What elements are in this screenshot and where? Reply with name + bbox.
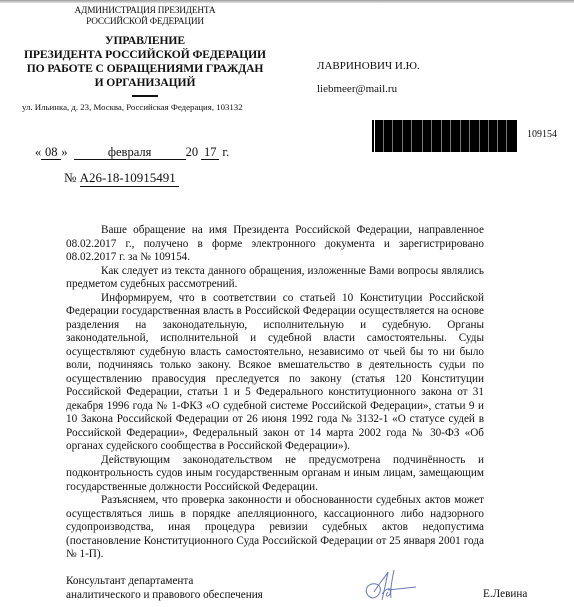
- administration-line-1: АДМИНИСТРАЦИЯ ПРЕЗИДЕНТА: [20, 6, 270, 17]
- letterhead: АДМИНИСТРАЦИЯ ПРЕЗИДЕНТА РОССИЙСКОЙ ФЕДЕ…: [20, 6, 270, 97]
- signatory-position-line-2: аналитического и правового обеспечения: [66, 588, 263, 602]
- page-top-shadow: [0, 0, 574, 3]
- signatory-position-line-1: Консультант департамента: [66, 574, 263, 588]
- date-day: 08: [41, 145, 61, 160]
- date-close-quote: »: [61, 145, 67, 159]
- signature-icon: [358, 568, 418, 604]
- body-paragraph: Как следует из текста данного обращения,…: [66, 265, 484, 292]
- letterhead-address: ул. Ильинка, д. 23, Москва, Российская Ф…: [22, 102, 243, 112]
- outgoing-number-value: А26-18-10915491: [80, 170, 179, 187]
- outgoing-number: № А26-18-10915491: [64, 170, 179, 187]
- letterhead-divider: [132, 95, 158, 97]
- date-suffix: г.: [222, 145, 229, 159]
- administration-line-2: РОССИЙСКОЙ ФЕДЕРАЦИИ: [20, 17, 270, 28]
- date-month: февраля: [74, 145, 186, 160]
- number-sign: №: [64, 170, 76, 185]
- signatory-position: Консультант департамента аналитического …: [66, 574, 263, 602]
- letter-date: «08» февраля20 17 г.: [35, 145, 229, 160]
- department-line-2: ПРЕЗИДЕНТА РОССИЙСКОЙ ФЕДЕРАЦИИ: [20, 48, 270, 62]
- date-century: 20: [186, 145, 199, 159]
- body-paragraph: Информируем, что в соответствии со стать…: [66, 292, 484, 454]
- barcode-number: 109154: [527, 129, 557, 140]
- signer-name: Е.Левина: [483, 588, 527, 600]
- department-line-3: ПО РАБОТЕ С ОБРАЩЕНИЯМИ ГРАЖДАН: [20, 62, 270, 76]
- department-line-4: И ОРГАНИЗАЦИЙ: [20, 76, 270, 90]
- body-paragraph: Действующим законодательством не предусм…: [66, 454, 484, 495]
- letter-body: Ваше обращение на имя Президента Российс…: [66, 224, 484, 562]
- body-paragraph: Ваше обращение на имя Президента Российс…: [66, 224, 484, 265]
- recipient-name: ЛАВРИНОВИЧ И.Ю.: [317, 60, 420, 72]
- date-year: 17: [201, 145, 219, 160]
- department-line-1: УПРАВЛЕНИЕ: [20, 34, 270, 48]
- barcode-icon: [372, 120, 518, 152]
- body-paragraph: Разъясняем, что проверка законности и об…: [66, 494, 484, 562]
- recipient-email: liebmeer@mail.ru: [317, 83, 397, 95]
